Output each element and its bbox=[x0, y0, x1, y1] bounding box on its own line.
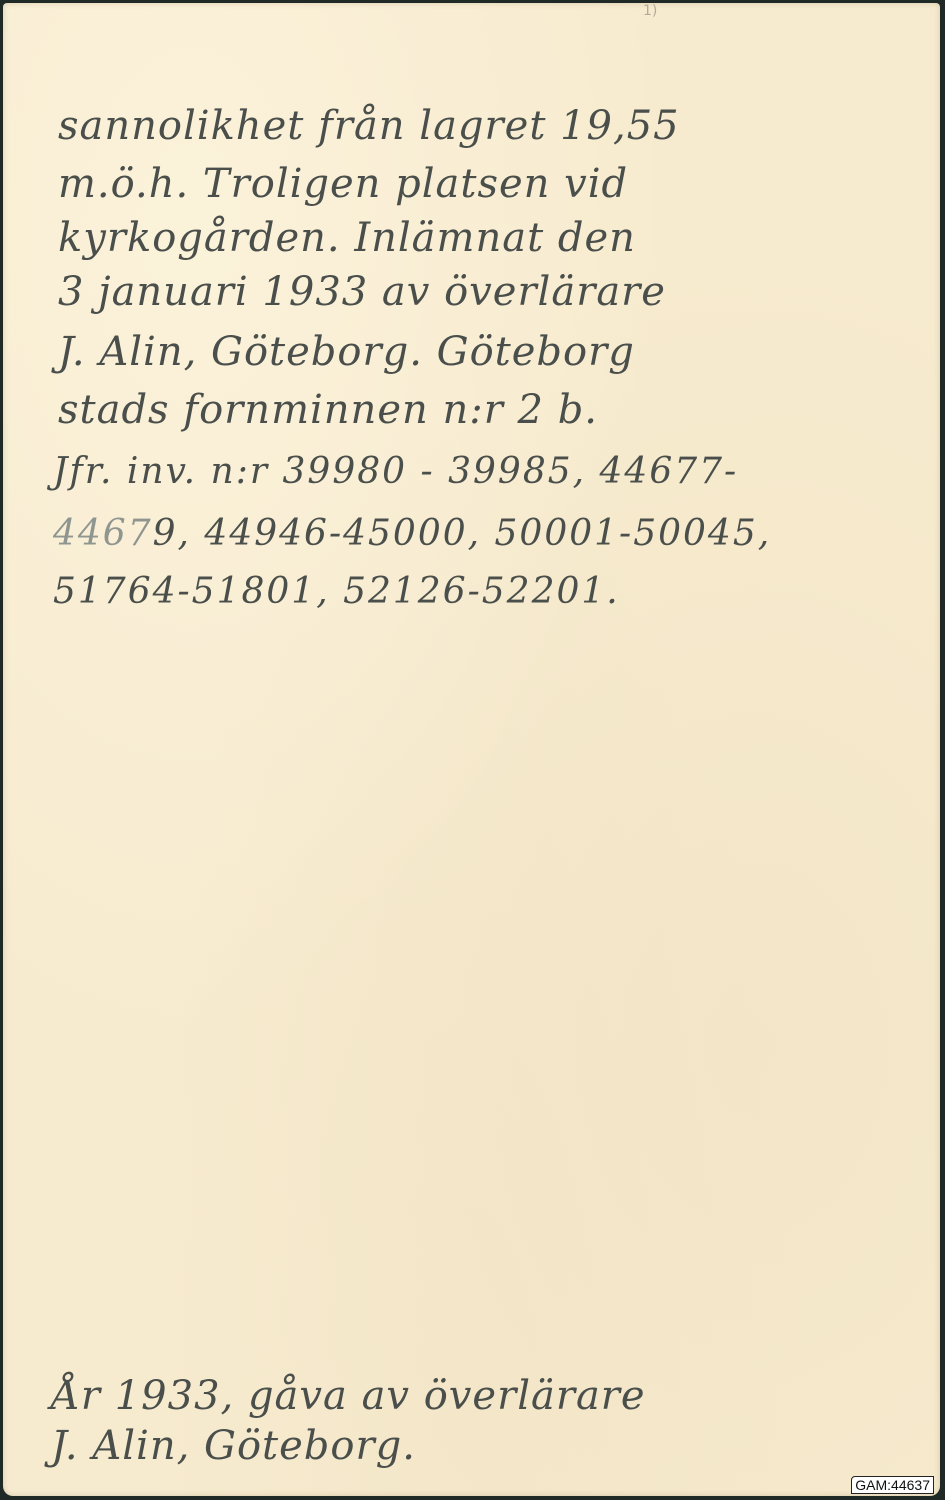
reference-prefix: Jfr. inv. n:r bbox=[53, 451, 269, 492]
reference-line-2: 44679, 44946-45000, 50001-50045, bbox=[53, 513, 771, 554]
top-pencil-mark: 1) bbox=[643, 3, 657, 19]
footer-line-1: År 1933, gåva av överlärare bbox=[51, 1373, 646, 1419]
reference-line-1: Jfr. inv. n:r 39980 - 39985, 44677- bbox=[53, 451, 738, 492]
catalog-card: 1) sannolikhet från lagret 19,55 m.ö.h. … bbox=[3, 3, 940, 1496]
body-line-4: 3 januari 1933 av överlärare bbox=[58, 269, 666, 315]
reference-line-3: 51764-51801, 52126-52201. bbox=[53, 571, 620, 612]
inventory-id-label: GAM:44637 bbox=[851, 1476, 934, 1494]
body-line-5: J. Alin, Göteborg. Göteborg bbox=[58, 329, 635, 375]
reference-numbers-1: 39980 - 39985, 44677- bbox=[283, 451, 739, 492]
footer-line-2: J. Alin, Göteborg. bbox=[51, 1423, 416, 1469]
body-line-6-text: stads fornminnen n:r 2 b. bbox=[58, 387, 598, 433]
body-line-2: m.ö.h. Troligen platsen vid bbox=[58, 161, 628, 207]
reference-numbers-2: 9, 44946-45000, 50001-50045, bbox=[153, 513, 772, 554]
reference-numbers-2-faint: 4467 bbox=[53, 513, 153, 554]
body-line-6: stads fornminnen n:r 2 b. bbox=[58, 387, 598, 433]
body-line-1: sannolikhet från lagret 19,55 bbox=[58, 103, 680, 149]
body-line-3: kyrkogården. Inlämnat den bbox=[58, 215, 636, 261]
